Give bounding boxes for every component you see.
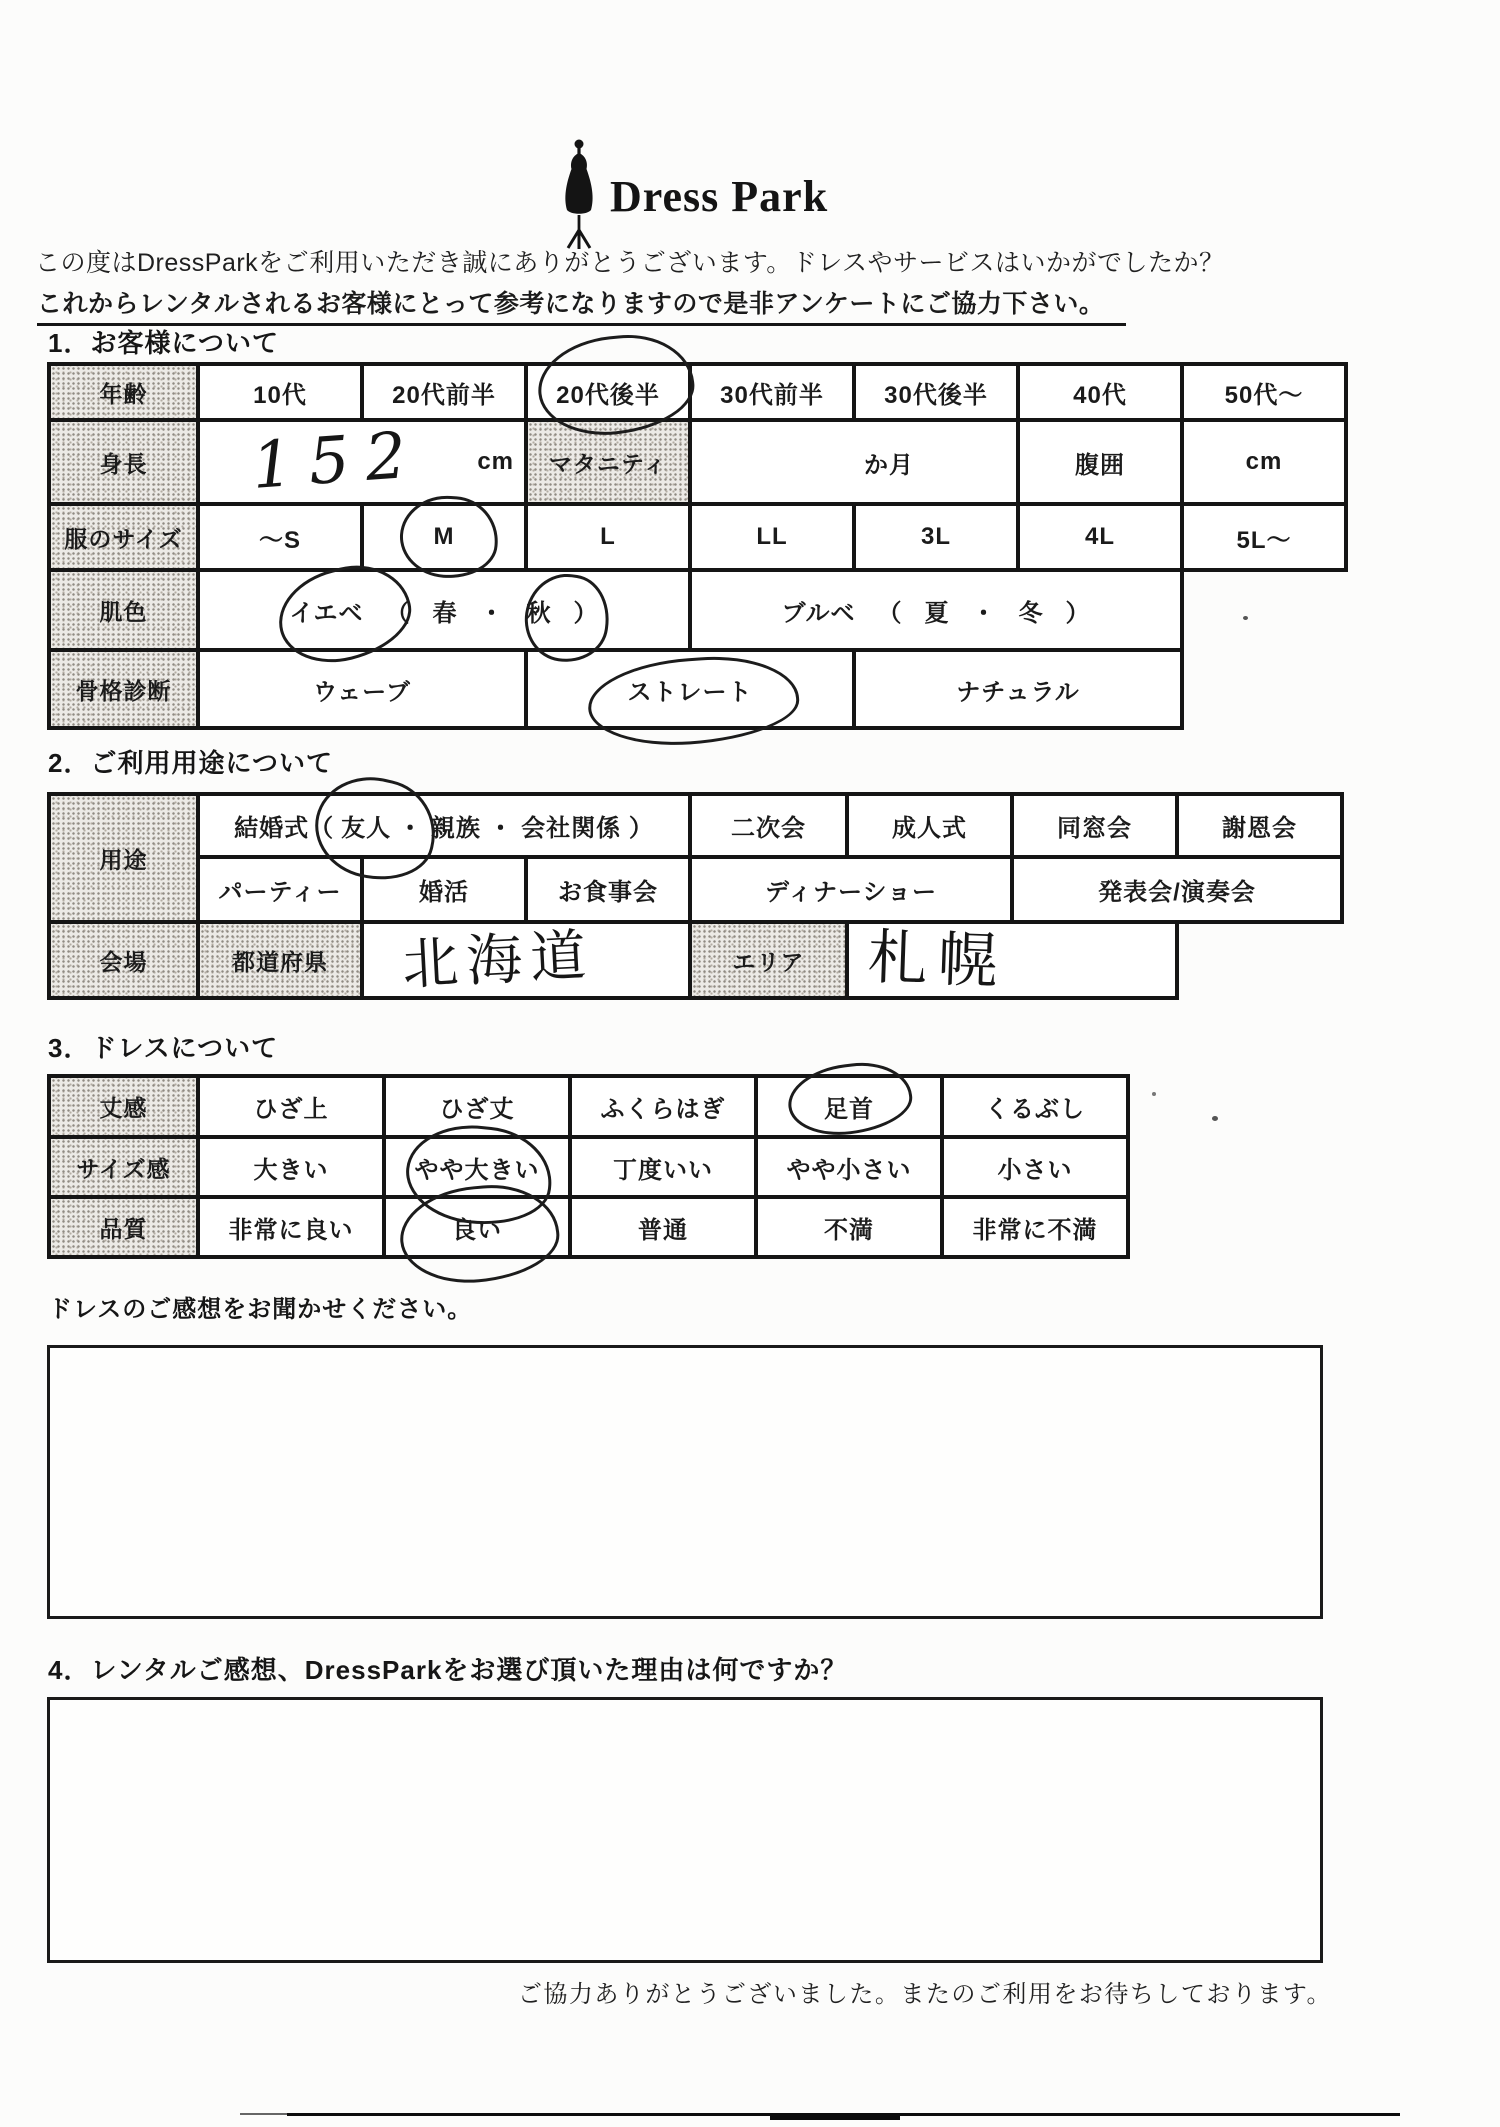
empty-area bbox=[1184, 652, 1348, 730]
quality-very-dissatisfied: 非常に不満 bbox=[944, 1199, 1130, 1259]
fit-small: 小さい bbox=[944, 1139, 1130, 1199]
purpose-row-header: 用途 bbox=[51, 796, 200, 924]
purpose-coming-of-age: 成人式 bbox=[849, 796, 1014, 859]
fit-large: 大きい bbox=[200, 1139, 386, 1199]
skin-cool-cell: ブルベ （ 夏 ・ 冬 ） bbox=[692, 572, 1184, 652]
paren-open: （ bbox=[878, 593, 903, 628]
quality-normal: 普通 bbox=[572, 1199, 758, 1259]
dress-table: 丈感 ひざ上 ひざ丈 ふくらはぎ 足首 くるぶし サイズ感 大きい やや大きい … bbox=[47, 1074, 1130, 1259]
purpose-afterparty: 二次会 bbox=[692, 796, 849, 859]
logo: Dress Park bbox=[558, 138, 828, 254]
survey-page: Dress Park この度はDressParkをご利用いただき誠にありがとうご… bbox=[0, 0, 1500, 2127]
purpose-thanks-party: 謝恩会 bbox=[1179, 796, 1344, 859]
venue-row-header: 会場 bbox=[51, 924, 200, 1000]
fit-just-right: 丁度いい bbox=[572, 1139, 758, 1199]
size-option-l: L bbox=[528, 506, 692, 572]
skin-warm-spring: 春 bbox=[433, 593, 458, 628]
length-row-header: 丈感 bbox=[51, 1078, 200, 1139]
dress-feedback-textbox bbox=[47, 1345, 1323, 1619]
age-option-20s-early: 20代前半 bbox=[364, 366, 528, 422]
fit-row-header: サイズ感 bbox=[51, 1139, 200, 1199]
age-option-50s-plus: 50代～ bbox=[1184, 366, 1348, 422]
prefecture-header: 都道府県 bbox=[200, 924, 364, 1000]
scan-speck bbox=[1243, 616, 1248, 620]
section1-title: 1．お客様について bbox=[48, 323, 279, 360]
size-option-ll: LL bbox=[692, 506, 856, 572]
length-anklebone: くるぶし bbox=[944, 1078, 1130, 1139]
age-option-30s-early: 30代前半 bbox=[692, 366, 856, 422]
purpose-wedding-rest: ・ 親族 ・ 会社関係 ） bbox=[398, 808, 654, 843]
empty-area bbox=[1184, 572, 1348, 652]
size-row-header: 服のサイズ bbox=[51, 506, 200, 572]
separator-dot: ・ bbox=[972, 593, 997, 628]
size-option-5l: 5L～ bbox=[1184, 506, 1348, 572]
waist-unit-cell: cm bbox=[1184, 422, 1348, 506]
length-above-knee: ひざ上 bbox=[200, 1078, 386, 1139]
empty-area bbox=[1179, 924, 1344, 1000]
scan-speck bbox=[1212, 1116, 1218, 1121]
intro-line-2: これからレンタルされるお客様にとって参考になりますので是非アンケートにご協力下さ… bbox=[37, 284, 1126, 326]
quality-row-header: 品質 bbox=[51, 1199, 200, 1259]
waist-label-cell: 腹囲 bbox=[1020, 422, 1184, 506]
handwritten-height-value: 152 bbox=[250, 418, 425, 504]
age-option-10s: 10代 bbox=[200, 366, 364, 422]
age-row-header: 年齢 bbox=[51, 366, 200, 422]
height-row-header: 身長 bbox=[51, 422, 200, 506]
intro-line-1: この度はDressParkをご利用いただき誠にありがとうございます。ドレスやサー… bbox=[35, 243, 1224, 279]
area-header: エリア bbox=[692, 924, 849, 1000]
quality-dissatisfied: 不満 bbox=[758, 1199, 944, 1259]
frame-option-natural: ナチュラル bbox=[856, 652, 1184, 730]
skin-row-header: 肌色 bbox=[51, 572, 200, 652]
size-option-s: ～S bbox=[200, 506, 364, 572]
size-option-4l: 4L bbox=[1020, 506, 1184, 572]
usage-table: 用途 結婚式（ 友人 ・ 親族 ・ 会社関係 ） 二次会 成人式 同窓会 謝恩会… bbox=[47, 792, 1344, 1000]
skin-cool-option: ブルベ bbox=[781, 593, 855, 628]
size-option-3l: 3L bbox=[856, 506, 1020, 572]
maternity-months-cell: か月 bbox=[692, 422, 1020, 506]
dress-form-icon bbox=[558, 138, 600, 254]
frame-option-wave: ウェーブ bbox=[200, 652, 528, 730]
purpose-recital: 発表会/演奏会 bbox=[1014, 859, 1344, 924]
purpose-reunion: 同窓会 bbox=[1014, 796, 1179, 859]
height-unit: cm bbox=[477, 448, 514, 476]
section4-title: 4．レンタルご感想、DressParkをお選び頂いた理由は何ですか？ bbox=[48, 1650, 847, 1687]
age-option-40s: 40代 bbox=[1020, 366, 1184, 422]
section3-title: 3．ドレスについて bbox=[48, 1028, 278, 1065]
purpose-wedding-cell: 結婚式（ 友人 ・ 親族 ・ 会社関係 ） bbox=[200, 796, 692, 859]
skin-warm-cell: イエベ （ 春 ・ 秋 ） bbox=[200, 572, 692, 652]
skin-cool-summer: 夏 bbox=[925, 593, 950, 628]
paren-close: ） bbox=[1066, 593, 1091, 628]
handwritten-area: 札幌 bbox=[867, 910, 1010, 1001]
scan-speck bbox=[1152, 1092, 1156, 1096]
dress-feedback-label: ドレスのご感想をお聞かせください。 bbox=[48, 1289, 472, 1324]
thanks-message: ご協力ありがとうございました。またのご利用をお待ちしております。 bbox=[420, 1974, 1332, 2009]
scan-edge-artifact bbox=[240, 2113, 287, 2115]
length-calf: ふくらはぎ bbox=[572, 1078, 758, 1139]
skin-cool-winter: 冬 bbox=[1019, 593, 1044, 628]
handwritten-prefecture: 北海道 bbox=[400, 911, 596, 1001]
purpose-party: パーティー bbox=[200, 859, 364, 924]
frame-row-header: 骨格診断 bbox=[51, 652, 200, 730]
age-option-30s-late: 30代後半 bbox=[856, 366, 1020, 422]
logo-text: Dress Park bbox=[610, 171, 828, 222]
rental-reason-textbox bbox=[47, 1697, 1323, 1963]
fit-slightly-small: やや小さい bbox=[758, 1139, 944, 1199]
section2-title: 2．ご利用用途について bbox=[48, 743, 333, 780]
separator-dot: ・ bbox=[480, 593, 505, 628]
quality-very-good: 非常に良い bbox=[200, 1199, 386, 1259]
scan-edge-artifact bbox=[770, 2115, 900, 2120]
